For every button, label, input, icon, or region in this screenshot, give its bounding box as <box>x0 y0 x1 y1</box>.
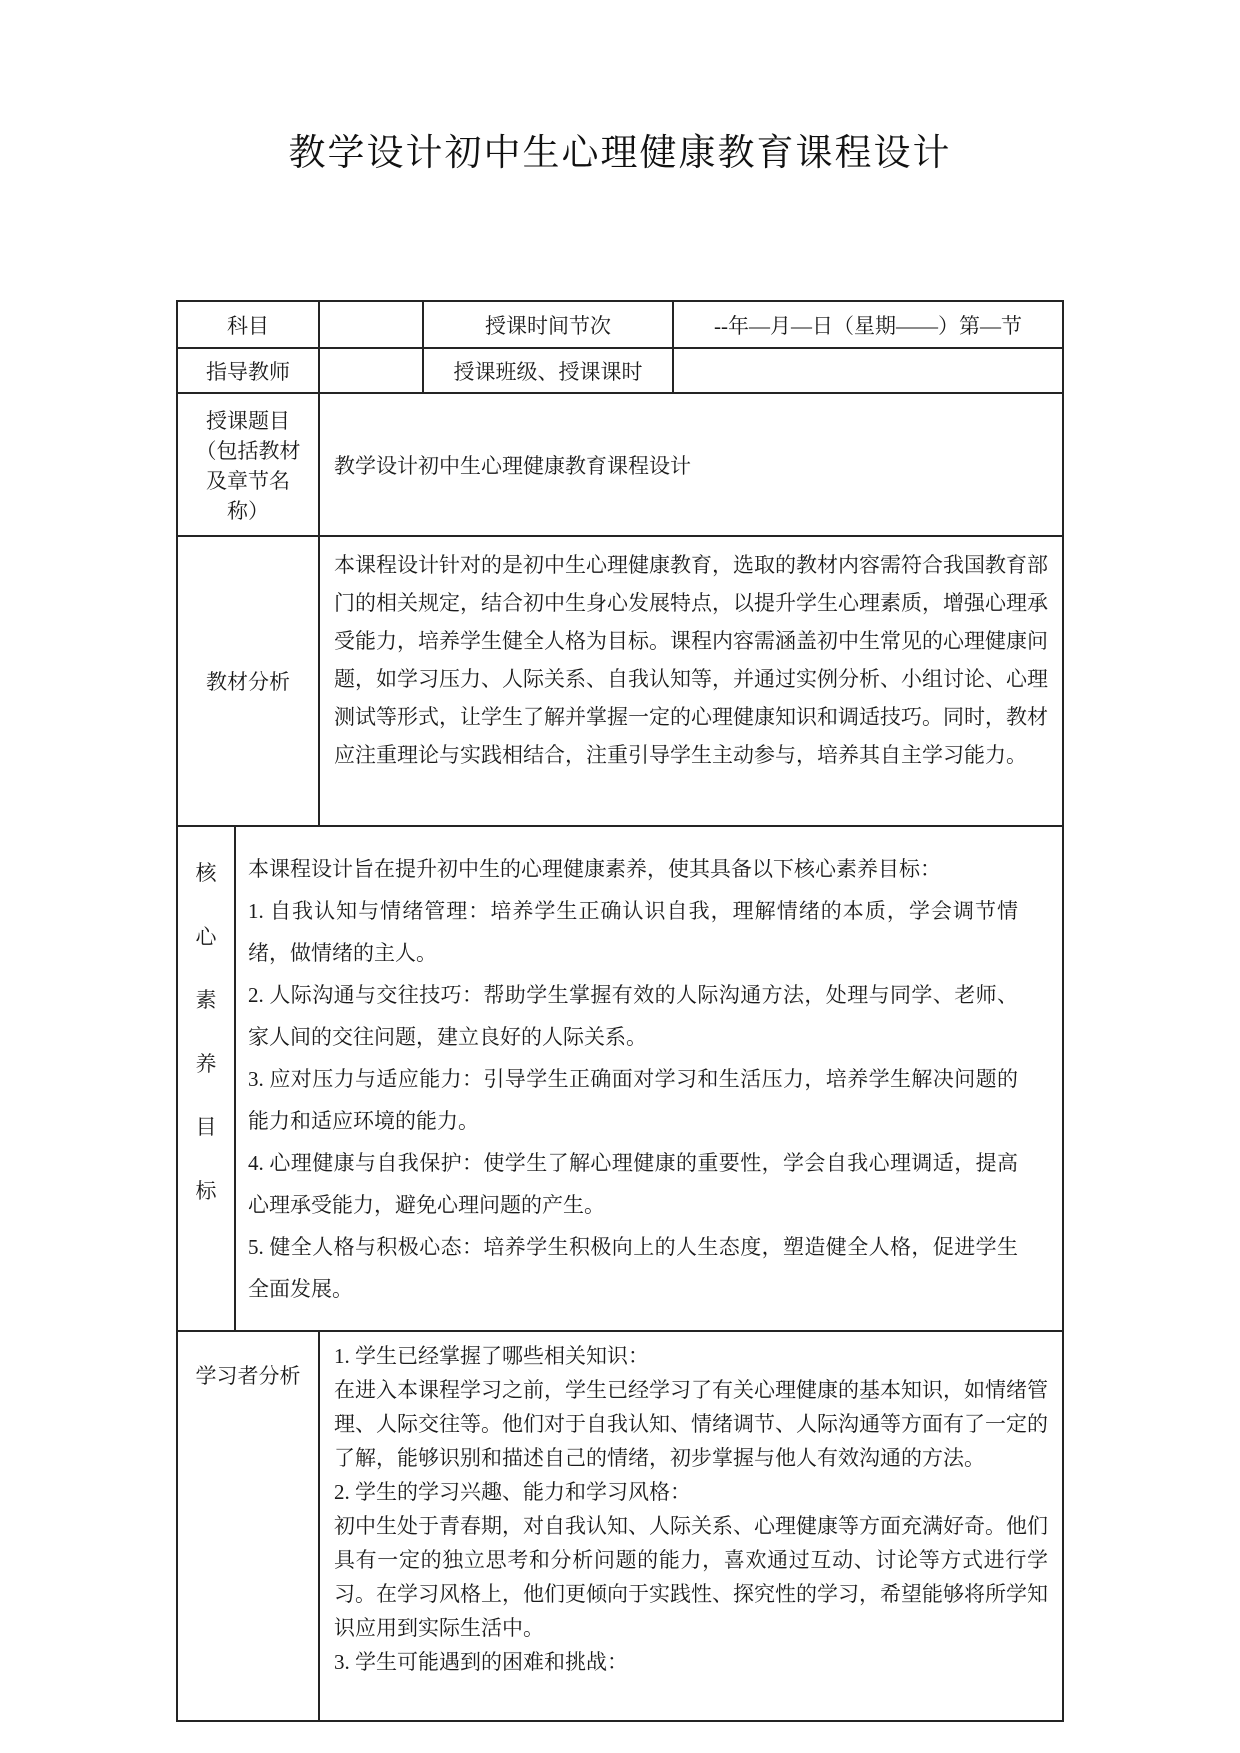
subject-label-cell: 科目 <box>178 302 318 347</box>
topic-content-cell: 教学设计初中生心理健康教育课程设计 <box>318 394 1062 535</box>
class-value-cell <box>672 349 1062 392</box>
time-label-cell: 授课时间节次 <box>422 302 672 347</box>
row-core-competency: 核 心 素 养 目 标 本课程设计旨在提升初中生的心理健康素养，使其具备以下核心… <box>178 825 1062 1330</box>
core-label-char: 核 <box>196 857 217 887</box>
core-label-cell: 核 心 素 养 目 标 <box>178 827 234 1330</box>
class-label-cell: 授课班级、授课课时 <box>422 349 672 392</box>
teacher-label-cell: 指导教师 <box>178 349 318 392</box>
core-label-char: 养 <box>196 1048 217 1078</box>
row-material-analysis: 教材分析 本课程设计针对的是初中生心理健康教育，选取的教材内容需符合我国教育部门… <box>178 535 1062 825</box>
learner-label-cell: 学习者分析 <box>178 1332 318 1720</box>
core-label-char: 心 <box>196 921 217 951</box>
material-label-cell: 教材分析 <box>178 537 318 825</box>
time-value-cell: --年—月—日（星期——）第—节 <box>672 302 1062 347</box>
subject-value-cell <box>318 302 422 347</box>
row-topic: 授课题目 （包括教材 及章节名 称） 教学设计初中生心理健康教育课程设计 <box>178 392 1062 535</box>
learner-content-cell: 1. 学生已经掌握了哪些相关知识： 在进入本课程学习之前，学生已经学习了有关心理… <box>318 1332 1062 1720</box>
material-content-cell: 本课程设计针对的是初中生心理健康教育，选取的教材内容需符合我国教育部门的相关规定… <box>318 537 1062 825</box>
lesson-plan-table: 科目 授课时间节次 --年—月—日（星期——）第—节 指导教师 授课班级、授课课… <box>176 300 1064 1722</box>
core-content-cell: 本课程设计旨在提升初中生的心理健康素养，使其具备以下核心素养目标： 1. 自我认… <box>234 827 1062 1330</box>
row-teacher-class: 指导教师 授课班级、授课课时 <box>178 347 1062 392</box>
topic-label-cell: 授课题目 （包括教材 及章节名 称） <box>178 394 318 535</box>
core-label-char: 标 <box>196 1175 217 1205</box>
page-title: 教学设计初中生心理健康教育课程设计 <box>0 128 1240 180</box>
teacher-value-cell <box>318 349 422 392</box>
core-content-text: 本课程设计旨在提升初中生的心理健康素养，使其具备以下核心素养目标： 1. 自我认… <box>236 848 1062 1310</box>
core-label-char: 目 <box>196 1111 217 1141</box>
core-label-char: 素 <box>196 984 217 1014</box>
row-subject-time: 科目 授课时间节次 --年—月—日（星期——）第—节 <box>178 302 1062 347</box>
row-learner-analysis: 学习者分析 1. 学生已经掌握了哪些相关知识： 在进入本课程学习之前，学生已经学… <box>178 1330 1062 1720</box>
